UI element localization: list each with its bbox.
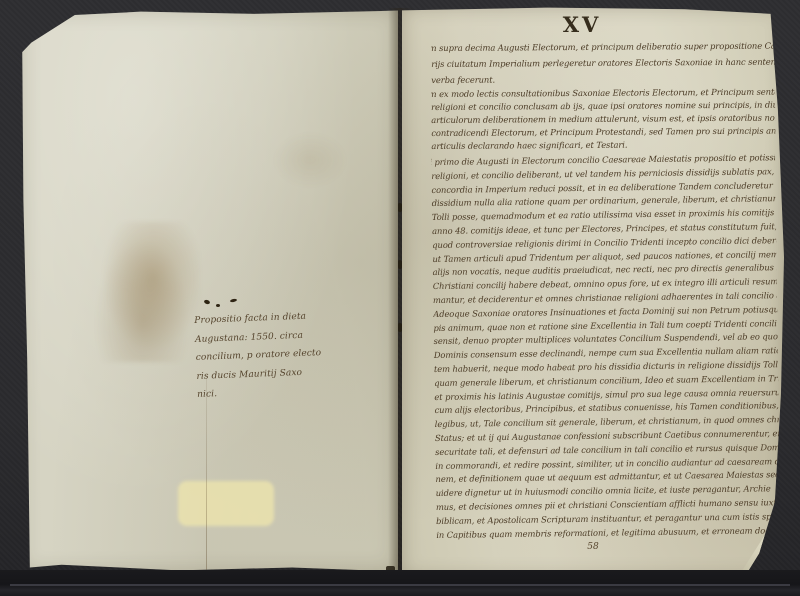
stitch-mark xyxy=(398,323,402,332)
book-bottom-highlight xyxy=(10,584,790,586)
ink-spot xyxy=(230,298,237,302)
stitch-mark xyxy=(398,203,402,212)
water-stain xyxy=(95,222,200,362)
ink-spot xyxy=(203,299,210,305)
marginal-note: Propositio facta in dieta Augustana: 155… xyxy=(194,308,313,405)
page-number: 58 xyxy=(578,542,608,552)
paragraph-2: Cum ex modo lectis consultationibus Saxo… xyxy=(431,86,775,153)
right-page: XV Cum supra decima Augusti Electorum, e… xyxy=(402,7,784,576)
manuscript-photo: Propositio facta in dieta Augustana: 155… xyxy=(0,0,800,596)
book-bottom-edge xyxy=(0,570,800,596)
paragraph-1: Cum supra decima Augusti Electorum, et p… xyxy=(431,38,775,89)
manuscript-line: rijs ciuitatum Imperialium perlegeretur … xyxy=(431,54,775,73)
manuscript-line: articulis declarando haec significari, e… xyxy=(431,138,775,153)
fold-crease-line xyxy=(206,378,207,572)
marginal-note-line: nici. xyxy=(197,381,314,404)
stitch-mark xyxy=(398,260,402,269)
ink-spot xyxy=(216,304,220,307)
foxing-stain xyxy=(270,130,350,190)
left-page: Propositio facta in dieta Augustana: 155… xyxy=(20,10,398,572)
paragraph-3: Ubi primo die Augusti in Electorum conci… xyxy=(431,151,780,542)
manuscript-line: contradicendi Electorum, et Principum Pr… xyxy=(431,125,775,140)
sticker-ghost-patch xyxy=(178,481,274,526)
chapter-number-heading: XV xyxy=(549,12,615,37)
